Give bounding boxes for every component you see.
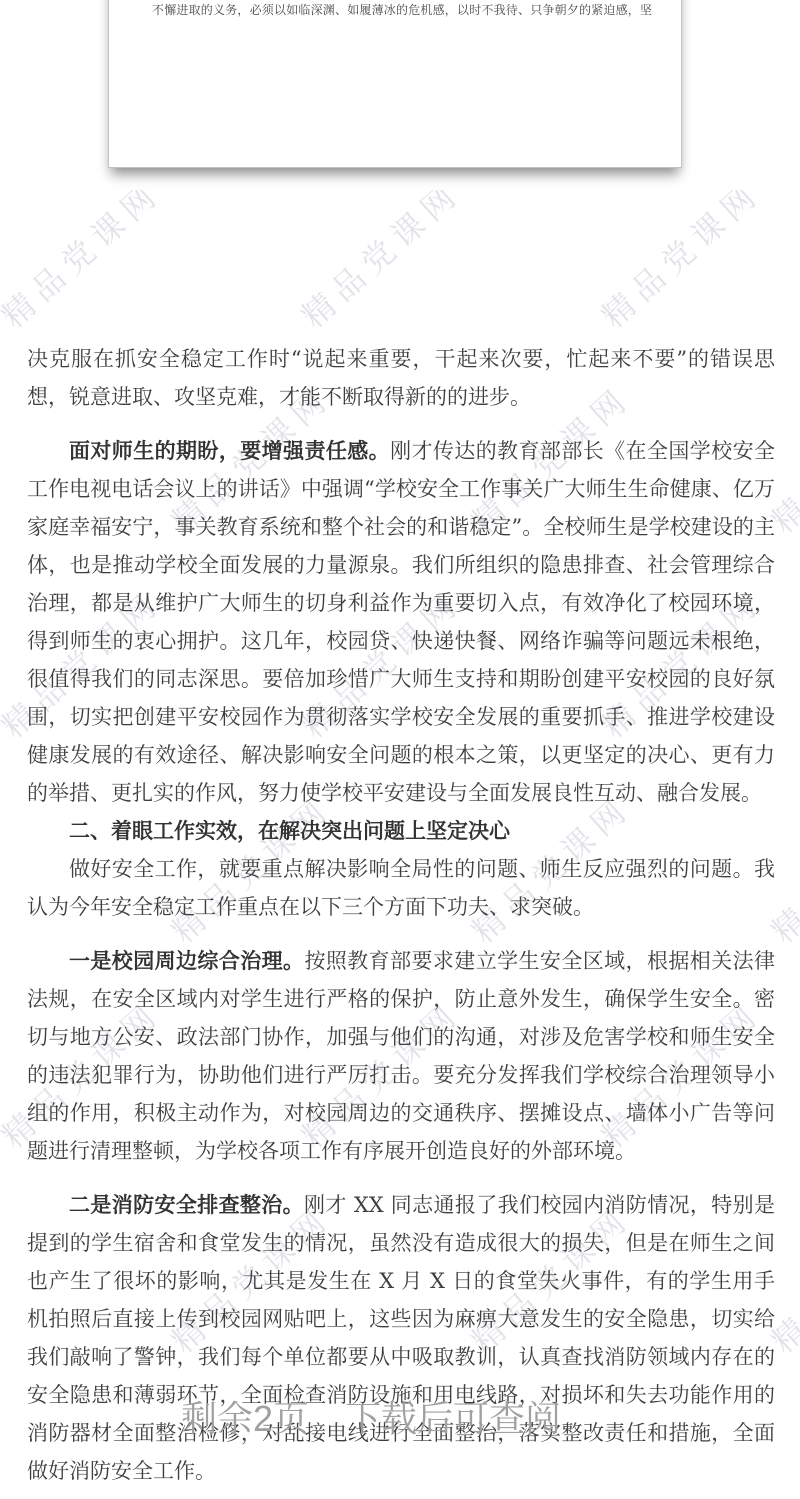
document-body: 决克服在抓安全稳定工作时“说起来重要，干起来次要，忙起来不要”的错误思想，锐意进… <box>27 340 775 1490</box>
watermark-text: 精品党课网 <box>0 190 170 337</box>
paragraph: 决克服在抓安全稳定工作时“说起来重要，干起来次要，忙起来不要”的错误思想，锐意进… <box>27 340 775 416</box>
paragraph: 面对师生的期盼，要增强责任感。刚才传达的教育部部长《在全国学校安全工作电视电话会… <box>27 432 775 812</box>
paragraph-lead: 二是消防安全排查整治。 <box>69 1192 304 1217</box>
download-to-view-label: 下载后可查阅 <box>345 1398 561 1439</box>
remaining-pages-label: 剩余2页 <box>181 1398 309 1439</box>
page-1-last-line: 不懈进取的义务，必须以如临深渊、如履薄冰的危机感，以时不我待、只争朝夕的紧迫感，… <box>152 1 646 19</box>
paragraph-lead: 面对师生的期盼，要增强责任感。 <box>69 438 390 463</box>
paragraph-lead: 二、着眼工作实效，在解决突出问题上坚定决心 <box>69 818 510 843</box>
paragraph: 做好安全工作，就要重点解决影响全局性的问题、师生反应强烈的问题。我认为今年安全稳… <box>27 850 775 926</box>
watermark-text: 精品党课网 <box>290 190 469 337</box>
paragraph: 二、着眼工作实效，在解决突出问题上坚定决心 <box>27 812 775 850</box>
page-1-preview-card: 不懈进取的义务，必须以如临深渊、如履薄冰的危机感，以时不我待、只争朝夕的紧迫感，… <box>108 0 682 168</box>
remaining-pages-notice: 剩余2页下载后可查阅 <box>0 1396 742 1442</box>
paragraph-lead: 一是校园周边综合治理。 <box>69 948 304 973</box>
paragraph: 二是消防安全排查整治。刚才 XX 同志通报了我们校园内消防情况，特别是提到的学生… <box>27 1186 775 1490</box>
paragraph: 一是校园周边综合治理。按照教育部要求建立学生安全区域，根据相关法律法规，在安全区… <box>27 942 775 1170</box>
watermark-text: 精品党课网 <box>590 190 769 337</box>
